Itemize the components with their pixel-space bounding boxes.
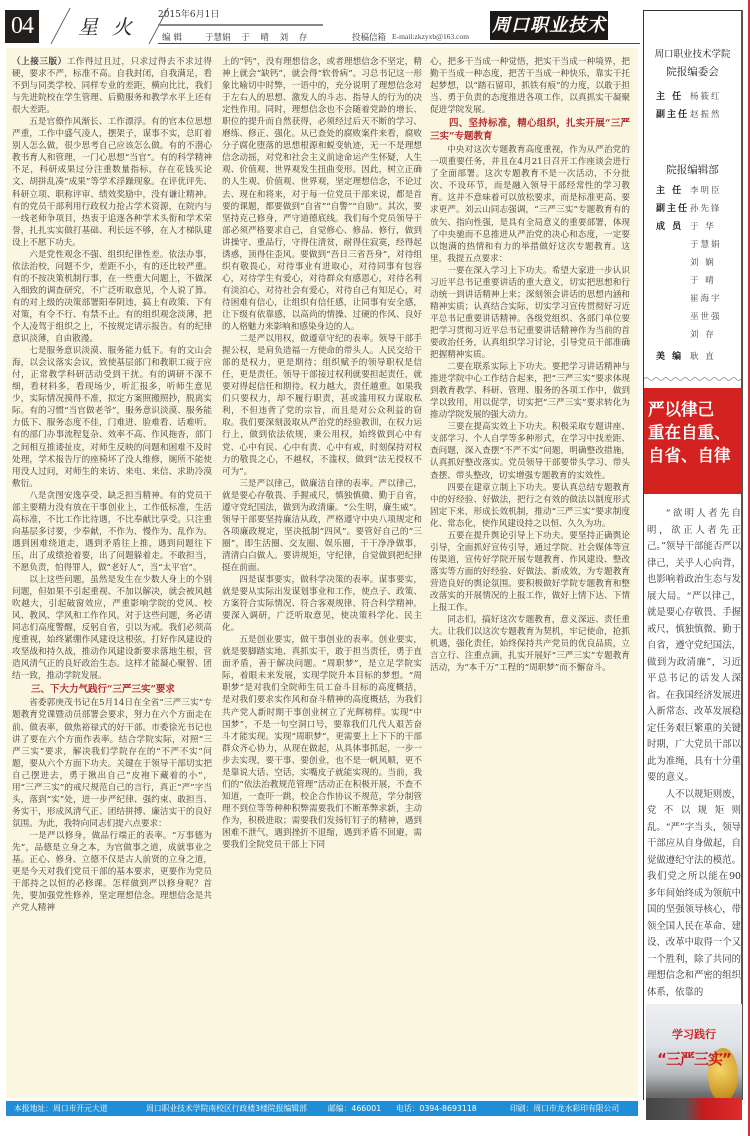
sanyan-sanshi-poster-image: 学习践行 “三严三实”: [646, 1004, 742, 1120]
article-paragraph: 同志们，搞好这次专题教育，意义深远、责任重大。让我们以这次专题教育为契机，牢记使…: [430, 614, 630, 674]
department-member: 巫世强: [656, 310, 742, 324]
committee-member: 主 任杨筱红: [656, 90, 742, 104]
department-member: 刘 存: [656, 328, 742, 342]
article-paragraph: 八是贪图安逸享受、缺乏担当精神。有的党员干部主要精力没有放在干事创业上，工作低标…: [12, 490, 212, 574]
article-paragraph: 一要在深入学习上下功夫。希望大家进一步认识习近平总书记重要讲话的重大意义，切实把…: [430, 265, 630, 361]
editorial-sidebar: 周口职业技术学院 院报编委会 主 任杨筱红 副主任赵振然 院报编辑部 主 任李明…: [643, 10, 743, 1100]
committee-title: 院报编委会: [644, 64, 741, 79]
issue-date: 2015年6月1日: [158, 7, 219, 20]
divider-slash: [50, 8, 70, 44]
article-paragraph: 三要在提高实效上下功夫。积极采取专题讲座、支部学习、个人自学等多种形式，在学习中…: [430, 421, 630, 481]
footer-printer: 印刷：周口市龙水彩印有限公司: [510, 1101, 619, 1116]
poster-line-2: “三严三实”: [646, 1048, 742, 1069]
email-label: 投稿信箱: [352, 31, 386, 43]
article-paragraph: 一是严以修身，做品行端正的表率。“万事德为先”，品德是立身之本，为官做事之道，成…: [12, 830, 212, 914]
department-member: 副主任孙先锋: [656, 202, 742, 216]
sidebar-border: [644, 10, 741, 11]
department-member: 刘 娴: [656, 256, 742, 270]
article-paragraph: 省委郭庚茂书记在5月14日在全省“三严三实”专题教育党课暨动员部署会要求，努力在…: [12, 697, 212, 830]
feature-article: “欲明人者先自明，欲正人者先正己。”领导干部能否严以律己，关乎人心向背，也影响着…: [647, 506, 741, 1001]
article-paragraph: 中央对这次专题教育高度重视，作为从严治党的一项重要任务，并且在4月21日召开工作…: [430, 144, 630, 264]
footer-postcode: 邮编：466001: [328, 1101, 381, 1116]
masthead: 04 星火 2015年6月1日 编辑 于慧娟 于 晴 刘 存 投稿信箱 E-ma…: [0, 0, 640, 46]
article-paragraph: 上的“钙”，没有理想信念，或者理想信念不坚定，精神上就会“缺钙”，就会得“软骨病…: [222, 56, 422, 333]
submission-email[interactable]: E-mail:zkzyxb@163.com: [392, 32, 469, 41]
continued-marker: （上接三版）: [12, 57, 67, 67]
feature-paragraph: “欲明人者先自明，欲正人者先正己。”领导干部能否严以律己，关乎人心向背，也影响着…: [647, 506, 741, 787]
school-logo: 周口职业技术学院: [490, 11, 608, 40]
red-ribbon-graphic: [646, 1098, 742, 1120]
article-column-2: 上的“钙”，没有理想信念，或者理想信念不坚定，精神上就会“缺钙”，就会得“软骨病…: [222, 56, 422, 1096]
article-paragraph: （上接三版）工作得过且过，只求过得去不求过得硬，要求不严，标准不高。自我封闭，自…: [12, 56, 212, 116]
article-paragraph: 五是创业要实，做干事创业的表率。创业要实，就是要脚踏实地、真抓实干，敢于担当责任…: [222, 634, 422, 851]
article-paragraph: 二是严以用权，做遵章守纪的表率。领导干部手握公权，是肩负造福一方使命的带头人。人…: [222, 333, 422, 478]
department-member: 崔海宇: [656, 292, 742, 306]
department-member: 成 员于 华: [656, 220, 742, 234]
article-paragraph: 五要在提升舆论引导上下功夫。要坚持正确舆论引导，全面抓好宣传引导，通过学院、社会…: [430, 530, 630, 614]
article-paragraph: 心，把多干当成一种觉悟，把实干当成一种境界，把勤干当成一种态度，把苦干当成一种快…: [430, 56, 630, 116]
header-rule: [158, 24, 323, 26]
feature-title-line: 严以律己: [648, 398, 739, 421]
footer-bar: 本报地址：周口市开元大道 周口职业技术学院南校区行政楼3楼院报编辑部 邮编：46…: [6, 1101, 638, 1116]
article-paragraph: 四要在建章立制上下功夫。要认真总结专题教育中的好经验、好做法，把行之有效的做法以…: [430, 482, 630, 530]
department-member: 于慧娟: [656, 238, 742, 252]
committee-member: 副主任赵振然: [656, 108, 742, 122]
footer-phone: 电话：0394-8693118: [396, 1101, 477, 1116]
article-paragraph: 三是严以律己，做廉洁自律的表率。严以律己，就是要心存敬畏、手握戒尺，慎独慎微、勤…: [222, 478, 422, 574]
feature-title-box: 严以律己 重在自重、 自省、自律: [644, 388, 741, 494]
article-body: （上接三版）工作得过且过，只求过得去不求过得硬，要求不严，标准不高。自我封闭，自…: [6, 48, 638, 1098]
wave-divider: [644, 376, 741, 382]
poster-line-1: 学习践行: [646, 1026, 742, 1042]
column-name: 星火: [78, 11, 146, 40]
article-column-1: （上接三版）工作得过且过，只求过得去不求过得硬，要求不严，标准不高。自我封闭，自…: [12, 56, 212, 1096]
editors-label: 编辑: [162, 31, 185, 43]
department-member: 主 任李明臣: [656, 184, 742, 198]
section-heading-4: 四、坚持标准，精心组织，扎实开展“三严三实”专题教育: [430, 117, 630, 143]
article-paragraph: 六是党性观念不强、组织纪律性差。依法办事，依法治校，问题不少，差距不小，有的还比…: [12, 249, 212, 345]
article-paragraph: 七是服务意识淡漠、服务能力低下。有的文山会海，以会议落实会议，致使基层部门和教职…: [12, 345, 212, 490]
department-member: 于 晴: [656, 274, 742, 288]
department-title: 院报编辑部: [644, 162, 741, 177]
feature-paragraph: 人不以规矩则废，党不以规矩则乱。“严”字当头，领导干部应从自身做起，自觉做遵纪守…: [647, 787, 741, 1002]
footer-address: 本报地址：周口市开元大道: [14, 1101, 108, 1116]
article-paragraph: 四是谋事要实，做科学决策的表率。谋事要实，就是要从实际出发谋划事业和工作，使点子…: [222, 574, 422, 634]
article-column-3: 心，把多干当成一种觉悟，把实干当成一种境界，把勤干当成一种态度，把苦干当成一种快…: [430, 56, 630, 1096]
article-paragraph: 五是官僚作风渐长、工作漂浮。有的官本位思想严重，工作中盛气凌人，摆架子，谋事不实…: [12, 116, 212, 249]
article-paragraph: 二要在联系实际上下功夫。要把学习讲话精神与推进学院中心工作结合起来，把“三严三实…: [430, 361, 630, 421]
section-heading-3: 三、下大力气践行“三严三实”要求: [12, 683, 212, 696]
article-paragraph: 以上这些问题，虽然是发生在少数人身上的个别问题，但如果不引起重视、不加以解决，就…: [12, 574, 212, 682]
sidebar-school-name: 周口职业技术学院: [644, 46, 741, 60]
page-number: 04: [5, 10, 39, 43]
editors-names: 于慧娟 于 晴 刘 存: [205, 31, 307, 43]
footer-office: 周口职业技术学院南校区行政楼3楼院报编辑部: [146, 1101, 307, 1116]
department-member: 美 编耿 直: [656, 350, 742, 364]
feature-title-line: 重在自重、: [648, 421, 739, 444]
feature-title-line: 自省、自律: [648, 444, 739, 467]
